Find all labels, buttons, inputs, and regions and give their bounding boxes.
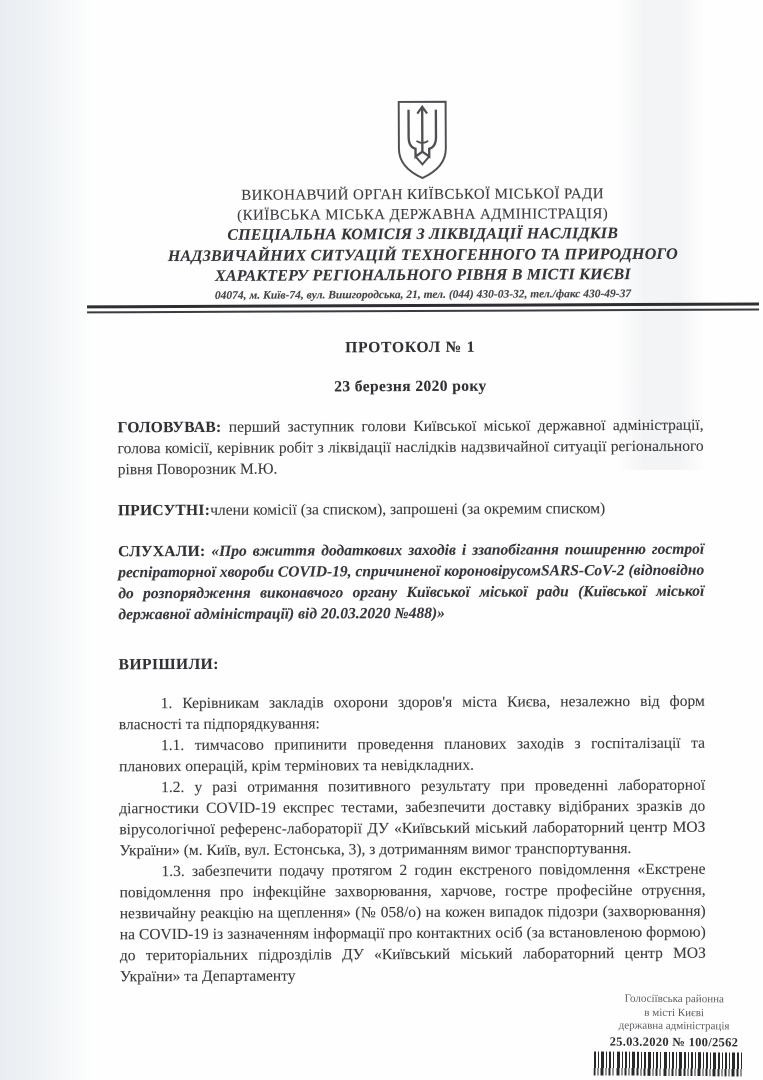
protocol-title: ПРОТОКОЛ № 1	[117, 337, 703, 358]
resolution-item-1-2: 1.2. у разі отримання позитивного резуль…	[119, 774, 705, 861]
commission-name-line3: ХАРАКТЕРУ РЕГІОНАЛЬНОГО РІВНЯ В МІСТІ КИ…	[87, 264, 759, 287]
stamp-line3: державна адміністрація	[594, 1019, 754, 1034]
commission-name-line2: НАДЗВИЧАЙНИХ СИТУАЦІЙ ТЕХНОГЕННОГО ТА ПР…	[87, 244, 759, 267]
heard-text: «Про вжиття додаткових заходів і ззапобі…	[118, 540, 704, 623]
letterhead-divider	[87, 302, 759, 313]
resolution-item-1-3: 1.3. забезпечити подачу протягом 2 годин…	[119, 858, 706, 987]
commission-name-line1: СПЕЦІАЛЬНА КОМІСІЯ З ЛІКВІДАЦІЇ НАСЛІДКІ…	[87, 223, 759, 246]
protocol-date: 23 березня 2020 року	[117, 376, 703, 397]
present-text: члени комісії (за списком), запрошені (з…	[210, 500, 605, 519]
resolution-item-1-1: 1.1. тимчасово припинити проведення план…	[119, 732, 705, 777]
barcode-icon	[594, 1050, 744, 1075]
registration-stamp: Голосіївська районна в місті Києві держа…	[594, 992, 755, 1076]
scan-artifact-left-band	[0, 0, 95, 1080]
document-body: ВИКОНАВЧИЙ ОРГАН КИЇВСЬКОЇ МІСЬКОЇ РАДИ …	[116, 0, 706, 987]
ukraine-trident-emblem-icon	[391, 98, 453, 182]
present-paragraph: ПРИСУТНІ:члени комісії (за списком), зап…	[118, 497, 704, 521]
present-label: ПРИСУТНІ:	[118, 501, 210, 518]
decided-heading: ВИРІШИЛИ:	[119, 653, 705, 674]
heard-paragraph: СЛУХАЛИ: «Про вжиття додаткових заходів …	[118, 538, 704, 625]
stamp-registration-number: 25.03.2020 № 100/2562	[594, 1032, 754, 1049]
letterhead: ВИКОНАВЧИЙ ОРГАН КИЇВСЬКОЇ МІСЬКОЇ РАДИ …	[86, 0, 759, 313]
letterhead-address: 04074, м. Київ-74, вул. Вишгородська, 21…	[87, 287, 759, 302]
stamp-line2: в місті Києві	[594, 1005, 754, 1020]
heard-label: СЛУХАЛИ:	[118, 542, 205, 559]
chaired-label: ГОЛОВУВАВ:	[118, 418, 222, 435]
resolution-item-1: 1. Керівникам закладів охорони здоров'я …	[119, 690, 705, 735]
stamp-line1: Голосіївська районна	[594, 992, 754, 1007]
scanned-document-page: ВИКОНАВЧИЙ ОРГАН КИЇВСЬКОЇ МІСЬКОЇ РАДИ …	[0, 0, 763, 1080]
resolutions-block: 1. Керівникам закладів охорони здоров'я …	[119, 690, 706, 987]
chaired-paragraph: ГОЛОВУВАВ: перший заступник голови Київс…	[118, 414, 704, 480]
